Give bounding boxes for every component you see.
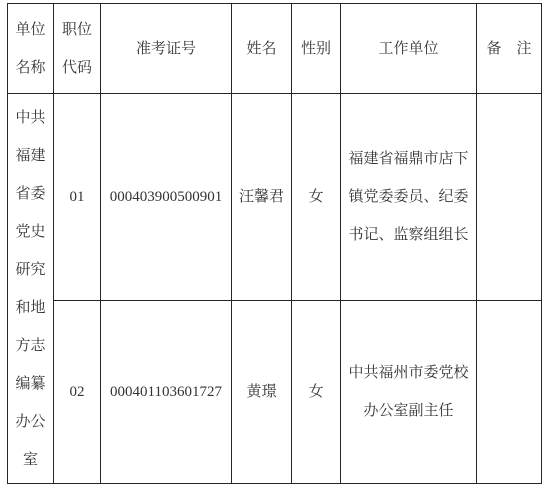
cell-unit-name: 中共 福建 省委 党史 研究 和地 方志 编纂 办公 室: [8, 94, 54, 484]
header-exam-number: 准考证号: [101, 4, 232, 94]
exam-roster-page: 单位 名称 职位 代码 准考证号 姓名 性别 工作单位 备 注 中共 福建 省委…: [0, 0, 544, 488]
header-name: 姓名: [232, 4, 292, 94]
cell-exam-number: 000401103601727: [101, 301, 232, 484]
header-remark: 备 注: [477, 4, 542, 94]
cell-work-unit: 中共福州市委党校 办公室副主任: [341, 301, 477, 484]
cell-work-unit: 福建省福鼎市店下 镇党委委员、纪委 书记、监察组组长: [341, 94, 477, 301]
table-row: 02 000401103601727 黄璟 女 中共福州市委党校 办公室副主任: [8, 301, 542, 484]
header-position-code: 职位 代码: [54, 4, 101, 94]
header-gender: 性别: [292, 4, 341, 94]
cell-remark: [477, 301, 542, 484]
cell-gender: 女: [292, 94, 341, 301]
header-work-unit: 工作单位: [341, 4, 477, 94]
cell-position-code: 01: [54, 94, 101, 301]
header-unit-name: 单位 名称: [8, 4, 54, 94]
cell-position-code: 02: [54, 301, 101, 484]
table-row: 中共 福建 省委 党史 研究 和地 方志 编纂 办公 室 01 00040390…: [8, 94, 542, 301]
exam-roster-table: 单位 名称 职位 代码 准考证号 姓名 性别 工作单位 备 注 中共 福建 省委…: [7, 3, 542, 484]
cell-gender: 女: [292, 301, 341, 484]
cell-name: 黄璟: [232, 301, 292, 484]
cell-remark: [477, 94, 542, 301]
cell-exam-number: 000403900500901: [101, 94, 232, 301]
cell-name: 汪馨君: [232, 94, 292, 301]
table-header-row: 单位 名称 职位 代码 准考证号 姓名 性别 工作单位 备 注: [8, 4, 542, 94]
